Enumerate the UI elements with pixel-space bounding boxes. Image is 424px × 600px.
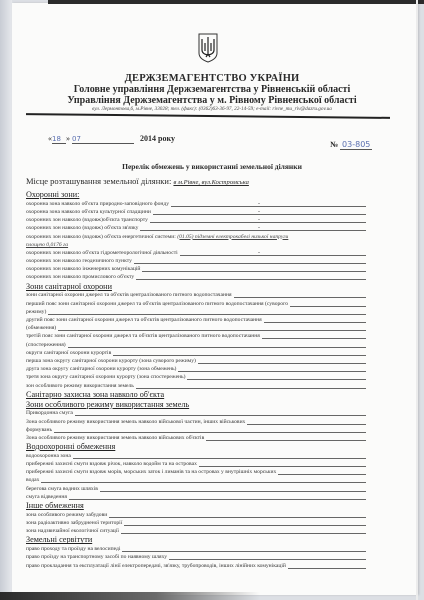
restriction-label: зона особливого режиму забудови: [26, 512, 107, 518]
fill-line: [198, 363, 366, 364]
restriction-row: режиму): [26, 308, 356, 316]
fill-line: [290, 306, 366, 307]
fill-line: [58, 330, 366, 331]
restriction-row: право проходу та проїзду на велосипеді: [26, 545, 356, 553]
restriction-label: (обмеження): [26, 325, 56, 331]
restriction-value: -: [258, 249, 260, 257]
restriction-label: перший пояс зони санітарної охорони джер…: [26, 301, 288, 307]
restriction-label: берегова смуга водних шляхів: [26, 486, 98, 492]
section-heading: Санітарно захисна зона навколо об'єкта: [26, 390, 356, 400]
restriction-row: третій пояс зони санітарної охорони джер…: [26, 332, 356, 340]
scan-top-shadow: [48, 0, 424, 4]
restriction-row: прибережні захисні смуги вздовж річок, н…: [26, 460, 356, 468]
restriction-value: -: [258, 216, 260, 224]
restriction-label: право проїзду на транспортному засобі по…: [26, 554, 167, 560]
restriction-label: третя зона округу санітарної охорони кур…: [26, 374, 185, 380]
restriction-label: округи санітарної охорони курортів: [26, 350, 111, 356]
fill-line: [121, 533, 366, 534]
restriction-row: охоронних зон навколо геодезичного пункт…: [26, 257, 356, 265]
document-title: Перелік обмежень у використанні земельно…: [0, 162, 424, 171]
restriction-row: другий пояс зони санітарної охорони джер…: [26, 316, 356, 324]
fill-line: [187, 379, 366, 380]
restriction-row: охоронних зон навколо інженерних комунік…: [26, 265, 356, 273]
restriction-value: (01.05) підземні електрокабелі низької н…: [177, 234, 288, 240]
fill-line: [136, 388, 366, 389]
restriction-row: охоронних зон навколо об'єкта гідрометео…: [26, 249, 356, 257]
fill-line: [134, 263, 366, 264]
fill-line: [54, 432, 366, 433]
restriction-row: зона особливого режиму забудови: [26, 511, 356, 519]
restriction-row: округи санітарної охорони курортів: [26, 349, 356, 357]
restriction-label: Зона особливого режиму використання земе…: [26, 435, 204, 441]
restriction-label: охоронних зон навколо інженерних комунік…: [26, 266, 140, 272]
restriction-row: Зона особливого режиму використання земе…: [26, 434, 356, 442]
restriction-row: берегова смуга водних шляхів: [26, 485, 356, 493]
number-value: 03-805: [340, 140, 372, 150]
restriction-row: зона радіоактивно забрудненої території: [26, 519, 356, 527]
restriction-label: прибережні захисні смуги вздовж річок, н…: [26, 461, 197, 467]
restriction-label: режиму): [26, 309, 46, 315]
restriction-row: прибережні захисні смуги вздовж морів, м…: [26, 468, 356, 476]
fill-line: [262, 338, 366, 339]
fill-line: [69, 499, 366, 500]
restriction-row: зона надзвичайної екологічної ситуації: [26, 527, 356, 535]
restriction-row: право прокладання та експлуатації лінії …: [26, 562, 356, 570]
section-heading: Зони особливого режиму використання земе…: [26, 400, 356, 410]
restriction-row: друга зона округу санітарної охорони кур…: [26, 365, 356, 373]
number-label: №: [330, 140, 338, 149]
restriction-label: охоронних зон навколо геодезичного пункт…: [26, 258, 132, 264]
restriction-label: охоронних зон навколо об'єкта гідрометео…: [26, 250, 178, 256]
restriction-label: зон особливого режиму використання земел…: [26, 383, 134, 389]
restriction-value: площею 0,0176 га: [26, 242, 68, 248]
location-value: в м.Рівне, вул.Костромська: [173, 179, 248, 186]
restriction-row: третя зона округу санітарної охорони кур…: [26, 373, 356, 381]
restriction-label: охоронна зона навколо об'єкта культурної…: [26, 209, 151, 215]
restriction-label: друга зона округу санітарної охорони кур…: [26, 366, 176, 372]
restriction-row: (обмеження): [26, 324, 356, 332]
restriction-label: право проходу та проїзду на велосипеді: [26, 546, 120, 552]
fill-line: [206, 440, 366, 441]
date-year: 2014 року: [140, 134, 175, 143]
restriction-label: смуга відведення: [26, 494, 67, 500]
restriction-row: охоронних зон навколо (вздовж)об'єкта тр…: [26, 216, 356, 224]
restriction-label: перша зона округу санітарної охорони кур…: [26, 358, 196, 364]
fill-line: [169, 559, 366, 560]
fill-line: [113, 355, 366, 356]
restriction-label: зони санітарної охорони джерел та об'єкт…: [26, 292, 232, 298]
date-day: 18: [52, 135, 66, 144]
section-heading: Земельні сервітути: [26, 535, 356, 545]
restriction-row: Прикордонна смуга: [26, 409, 356, 417]
fill-line: [288, 568, 366, 569]
section-heading: Інше обмеження: [26, 501, 356, 511]
restriction-row: Зона особливого режиму використання земе…: [26, 418, 356, 426]
restriction-row: водах: [26, 476, 356, 484]
restriction-row: охоронних зон навколо (вздовж) об'єкта е…: [26, 233, 356, 241]
fill-line: [75, 415, 366, 416]
fill-line: [142, 271, 366, 272]
restriction-label: прибережні захисні смуги вздовж морів, м…: [26, 469, 276, 475]
main-department-name: Головне управління Держземагентства у Рі…: [0, 84, 424, 95]
fill-line: [140, 230, 366, 231]
restriction-row: смуга відведення: [26, 493, 356, 501]
restriction-label: право прокладання та експлуатації лінії …: [26, 563, 286, 569]
document-number: № 03-805: [330, 140, 372, 149]
restriction-row: перша зона округу санітарної охорони кур…: [26, 357, 356, 365]
fill-line: [136, 279, 366, 280]
date-close-quote: »: [66, 134, 70, 143]
restriction-label: охоронних зон навколо промислового об'єк…: [26, 274, 134, 280]
fill-line: [100, 491, 366, 492]
fill-line: [234, 297, 366, 298]
fill-line: [73, 458, 366, 459]
section-heading: Зони санітарної охорони: [26, 282, 356, 292]
fill-line: [178, 371, 366, 372]
restriction-row: охоронних зон навколо (вздовж) об'єкта з…: [26, 224, 356, 232]
restriction-label: охоронна зона навколо об'єкта природно-з…: [26, 201, 169, 207]
restriction-row: зон особливого режиму використання земел…: [26, 382, 356, 390]
parcel-location: Місце розташування земельної ділянки: в …: [26, 176, 249, 186]
restriction-row: охоронна зона навколо об'єкта культурної…: [26, 208, 356, 216]
restriction-row: формувань: [26, 426, 356, 434]
restriction-value: -: [258, 224, 260, 232]
restriction-label: Прикордонна смуга: [26, 410, 73, 416]
fill-line: [68, 347, 366, 348]
restriction-label: зона радіоактивно забрудненої території: [26, 520, 122, 526]
restriction-row: охоронна зона навколо об'єкта природно-з…: [26, 200, 356, 208]
restriction-label: третій пояс зони санітарної охорони джер…: [26, 333, 260, 339]
restriction-row: охоронних зон навколо промислового об'єк…: [26, 273, 356, 281]
restriction-row: (спостереження): [26, 341, 356, 349]
date-month: 07: [72, 135, 134, 144]
restriction-row: перший пояс зони санітарної охорони джер…: [26, 300, 356, 308]
restriction-label: Зона особливого режиму використання земе…: [26, 419, 245, 425]
department-address: вул. Лермонтова,6, м.Рівне, 33028; тел. …: [0, 106, 424, 112]
fill-line: [48, 314, 366, 315]
section-heading: Охоронні зони:: [26, 190, 356, 200]
fill-line: [124, 525, 366, 526]
fill-line: [199, 466, 366, 467]
agency-name: ДЕРЖЗЕМАГЕНТСТВО УКРАЇНИ: [0, 73, 424, 84]
section-heading: Водоохоронні обмеження: [26, 442, 356, 452]
fill-line: [171, 206, 366, 207]
restriction-label: охоронних зон навколо (вздовж) об'єкта е…: [26, 234, 176, 240]
restriction-value: -: [258, 208, 260, 216]
restriction-label: формувань: [26, 427, 52, 433]
trident-coat-of-arms-icon: [198, 33, 218, 63]
restriction-label: охоронних зон навколо (вздовж)об'єкта тр…: [26, 217, 148, 223]
scan-bottom-shadow: [0, 592, 260, 600]
fill-line: [247, 424, 366, 425]
restriction-label: (спостереження): [26, 342, 66, 348]
restrictions-list: Охоронні зони:охоронна зона навколо об'є…: [26, 190, 356, 570]
restriction-label: водоохоронна зона: [26, 453, 71, 459]
restriction-row: зони санітарної охорони джерел та об'єкт…: [26, 291, 356, 299]
location-label: Місце розташування земельної ділянки:: [26, 176, 171, 186]
restriction-row: водоохоронна зона: [26, 452, 356, 460]
restriction-row: право проїзду на транспортному засобі по…: [26, 553, 356, 561]
department-name: Управління Держземагентства у м. Рівному…: [0, 95, 424, 106]
fill-line: [264, 322, 366, 323]
restriction-label: зона надзвичайної екологічної ситуації: [26, 528, 119, 534]
fill-line: [109, 517, 366, 518]
fill-line: [278, 474, 366, 475]
restriction-row: площею 0,0176 га: [26, 241, 356, 249]
restriction-label: другий пояс зони санітарної охорони джер…: [26, 317, 262, 323]
restriction-label: охоронних зон навколо (вздовж) об'єкта з…: [26, 225, 138, 231]
fill-line: [122, 551, 366, 552]
restriction-label: водах: [26, 477, 39, 483]
restriction-value: -: [258, 200, 260, 208]
fill-line: [180, 255, 366, 256]
document-date: «18» 07 2014 року: [48, 134, 175, 144]
fill-line: [41, 482, 366, 483]
